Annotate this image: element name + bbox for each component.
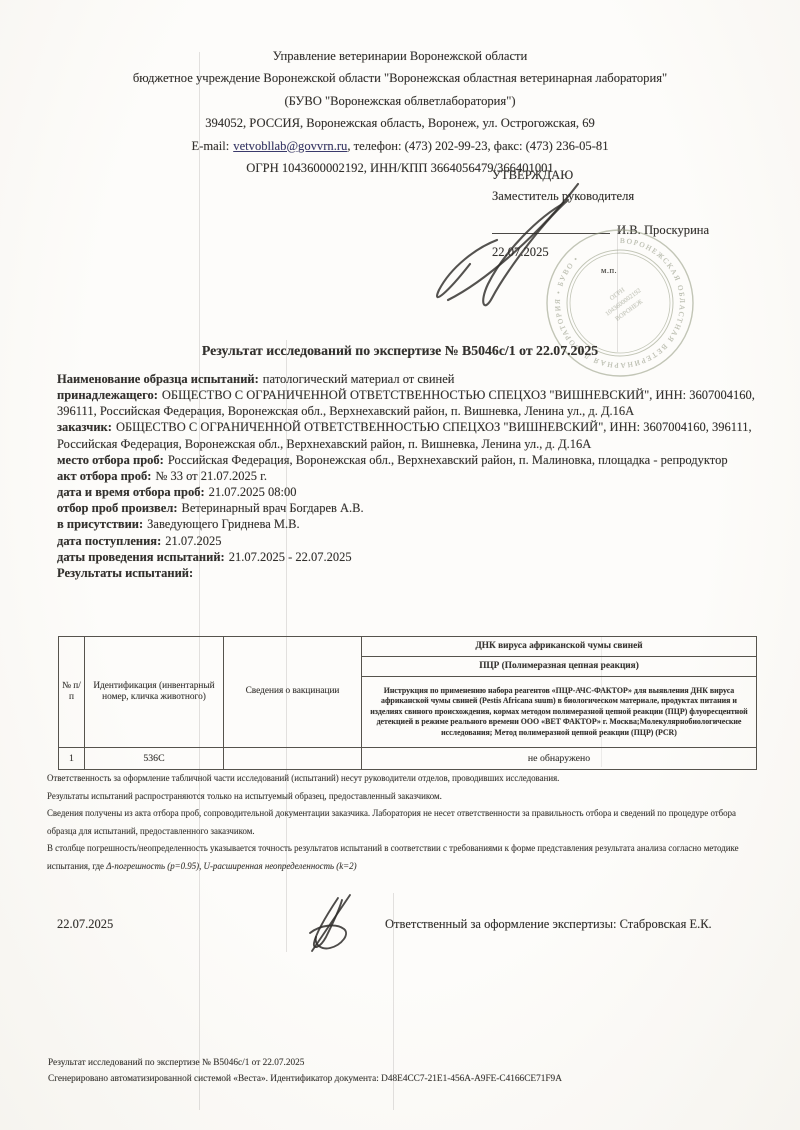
detail-label: дата поступления: — [57, 534, 161, 548]
document-title: Результат исследований по экспертизе № В… — [0, 343, 800, 359]
footnote: Ответственность за оформление табличной … — [47, 770, 763, 788]
approval-date: 22.07.2025 — [492, 242, 709, 263]
approval-block: УТВЕРЖДАЮ Заместитель руководителя И.В. … — [492, 165, 709, 263]
detail-label: в присутствии: — [57, 517, 143, 531]
cell-identification: 536С — [85, 748, 224, 770]
detail-value: Российская Федерация, Воронежская обл., … — [168, 453, 728, 467]
responsible-person: Ответственный за оформление экспертизы: … — [385, 917, 712, 932]
detail-label: акт отбора проб: — [57, 469, 151, 483]
cell-number: 1 — [59, 748, 85, 770]
signoff-date: 22.07.2025 — [57, 917, 113, 932]
detail-row: в присутствии:Заведующего Гриднева М.В. — [57, 516, 758, 532]
detail-row: Результаты испытаний: — [57, 565, 758, 581]
footnotes: Ответственность за оформление табличной … — [47, 770, 763, 876]
detail-row: принадлежащего:ОБЩЕСТВО С ОГРАНИЧЕННОЙ О… — [57, 387, 758, 419]
approver-position: Заместитель руководителя — [492, 186, 709, 207]
svg-text:1043600002192: 1043600002192 — [604, 287, 642, 317]
detail-row: акт отбора проб:№ 33 от 21.07.2025 г. — [57, 468, 758, 484]
document-footer: Результат исследований по экспертизе № В… — [48, 1056, 562, 1087]
approver-name: И.В. Проскурина — [617, 223, 709, 237]
detail-label: заказчик: — [57, 420, 112, 434]
organization-contacts: E-mail:vetvobllab@govvrn.ru, телефон: (4… — [38, 135, 762, 157]
detail-value: ОБЩЕСТВО С ОГРАНИЧЕННОЙ ОТВЕТСТВЕННОСТЬЮ… — [57, 388, 755, 418]
stamp-place-label: м.п. — [601, 265, 617, 275]
footnote: Сведения получены из акта отбора проб, с… — [47, 805, 763, 840]
footer-expertise-ref: Результат исследований по экспертизе № В… — [48, 1056, 562, 1072]
phone-fax: , телефон: (473) 202-99-23, факс: (473) … — [347, 139, 608, 153]
col-header-identification: Идентификация (инвентарный номер, кличка… — [85, 637, 224, 748]
scanned-lab-report-page: Управление ветеринарии Воронежской облас… — [0, 0, 800, 1130]
cell-vaccination — [224, 748, 362, 770]
detail-label: дата и время отбора проб: — [57, 485, 205, 499]
letterhead: Управление ветеринарии Воронежской облас… — [38, 45, 762, 179]
email-label: E-mail: — [192, 139, 230, 153]
organization-short-name: (БУВО "Воронежская облветлаборатория") — [38, 90, 762, 112]
email-link: vetvobllab@govvrn.ru — [233, 139, 347, 153]
col-header-method-detail: Инструкция по применению набора реагенто… — [362, 677, 757, 748]
footnote-formula: Δ-погрешность (p=0.95), U-расширенная не… — [106, 861, 356, 871]
footer-generated-id: Сгенерировано автоматизированной системо… — [48, 1072, 562, 1088]
detail-row: дата поступления:21.07.2025 — [57, 533, 758, 549]
table-row: 1 536С не обнаружено — [59, 748, 757, 770]
detail-row: заказчик:ОБЩЕСТВО С ОГРАНИЧЕННОЙ ОТВЕТСТ… — [57, 419, 758, 451]
detail-value: 21.07.2025 — [165, 534, 221, 548]
detail-label: Результаты испытаний: — [57, 566, 193, 580]
col-header-method: ПЦР (Полимеразная цепная реакция) — [362, 657, 757, 677]
cell-result: не обнаружено — [362, 748, 757, 770]
sample-details: Наименование образца испытаний:патологич… — [57, 371, 758, 581]
results-table: № п/п Идентификация (инвентарный номер, … — [58, 636, 757, 770]
detail-row: место отбора проб:Российская Федерация, … — [57, 452, 758, 468]
detail-value: № 33 от 21.07.2025 г. — [155, 469, 267, 483]
detail-value: ОБЩЕСТВО С ОГРАНИЧЕННОЙ ОТВЕТСТВЕННОСТЬЮ… — [57, 420, 752, 450]
detail-value: Ветеринарный врач Богдарев А.В. — [182, 501, 364, 515]
footnote: В столбце погрешность/неопределенность у… — [47, 840, 763, 875]
detail-value: патологический материал от свиней — [263, 372, 455, 386]
col-header-target: ДНК вируса африканской чумы свиней — [362, 637, 757, 657]
approval-signature-row: И.В. Проскурина — [492, 220, 709, 241]
detail-row: даты проведения испытаний:21.07.2025 - 2… — [57, 549, 758, 565]
footnote: Результаты испытаний распространяются то… — [47, 788, 763, 806]
detail-label: отбор проб произвел: — [57, 501, 178, 515]
department-name: Управление ветеринарии Воронежской облас… — [38, 45, 762, 67]
organization-name: бюджетное учреждение Воронежской области… — [38, 67, 762, 89]
detail-value: 21.07.2025 08:00 — [209, 485, 297, 499]
detail-label: место отбора проб: — [57, 453, 164, 467]
signature-line — [492, 222, 610, 234]
col-header-number: № п/п — [59, 637, 85, 748]
col-header-vaccination: Сведения о вакцинации — [224, 637, 362, 748]
detail-label: даты проведения испытаний: — [57, 550, 225, 564]
detail-label: принадлежащего: — [57, 388, 158, 402]
approval-heading: УТВЕРЖДАЮ — [492, 165, 709, 186]
detail-row: Наименование образца испытаний:патологич… — [57, 371, 758, 387]
organization-address: 394052, РОССИЯ, Воронежская область, Вор… — [38, 112, 762, 134]
detail-value: 21.07.2025 - 22.07.2025 — [229, 550, 352, 564]
svg-text:ВОРОНЕЖ: ВОРОНЕЖ — [614, 298, 644, 323]
detail-value: Заведующего Гриднева М.В. — [147, 517, 299, 531]
responsible-signature — [300, 893, 362, 955]
detail-label: Наименование образца испытаний: — [57, 372, 259, 386]
detail-row: дата и время отбора проб:21.07.2025 08:0… — [57, 484, 758, 500]
detail-row: отбор проб произвел:Ветеринарный врач Бо… — [57, 500, 758, 516]
